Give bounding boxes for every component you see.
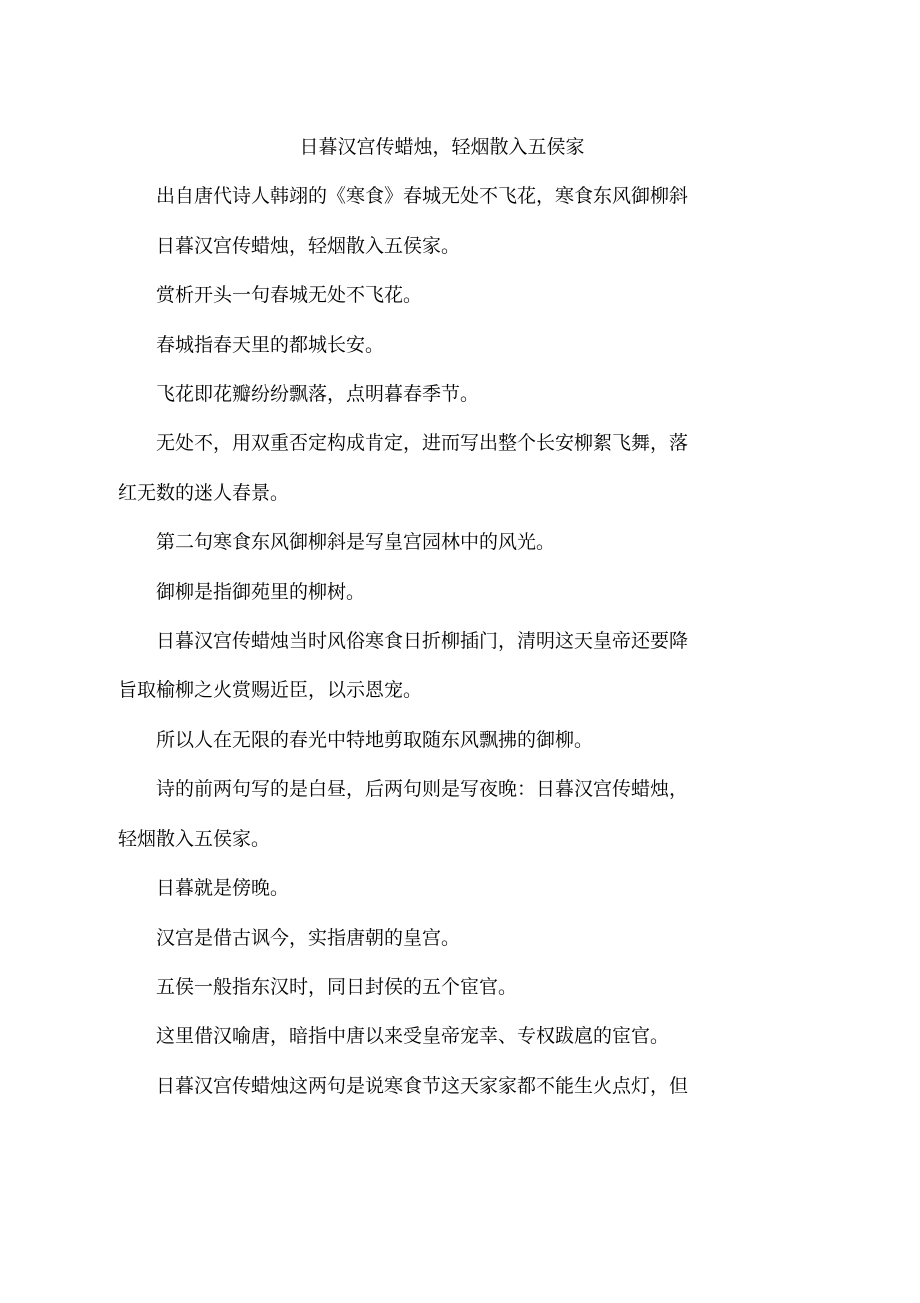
document-body: 出自唐代诗人韩翊的《寒食》春城无处不飞花，寒食东风御柳斜 日暮汉宫传蜡烛，轻烟散…	[118, 172, 694, 1111]
paragraph-analysis-intro: 赏析开头一句春城无处不飞花。	[118, 271, 694, 320]
paragraph: 第二句寒食东风御柳斜是写皇宫园林中的风光。	[118, 518, 694, 567]
paragraph: 御柳是指御苑里的柳树。	[118, 568, 694, 617]
paragraph: 无处不，用双重否定构成肯定，进而写出整个长安柳絮飞舞，落红无数的迷人春景。	[118, 419, 694, 518]
paragraph: 这里借汉喻唐，暗指中唐以来受皇帝宠幸、专权跋扈的宦官。	[118, 1012, 694, 1061]
paragraph: 春城指春天里的都城长安。	[118, 321, 694, 370]
paragraph: 飞花即花瓣纷纷飘落，点明暮春季节。	[118, 370, 694, 419]
paragraph: 日暮汉宫传蜡烛当时风俗寒食日折柳插门，清明这天皇帝还要降旨取榆柳之火赏赐近臣，以…	[118, 617, 694, 716]
paragraph-poem-line: 日暮汉宫传蜡烛，轻烟散入五侯家。	[118, 222, 694, 271]
paragraph: 汉宫是借古讽今，实指唐朝的皇宫。	[118, 914, 694, 963]
paragraph-truncated-line: 日暮汉宫传蜡烛这两句是说寒食节这天家家都不能生火点灯，但	[118, 1062, 694, 1111]
document-page: 日暮汉宫传蜡烛，轻烟散入五侯家 出自唐代诗人韩翊的《寒食》春城无处不飞花，寒食东…	[0, 0, 920, 1303]
document-title: 日暮汉宫传蜡烛，轻烟散入五侯家	[0, 123, 884, 172]
paragraph: 诗的前两句写的是白昼，后两句则是写夜晚：日暮汉宫传蜡烛，轻烟散入五侯家。	[118, 765, 694, 864]
paragraph: 五侯一般指东汉时，同日封侯的五个宦官。	[118, 963, 694, 1012]
paragraph: 所以人在无限的春光中特地剪取随东风飘拂的御柳。	[118, 716, 694, 765]
paragraph-source-line: 出自唐代诗人韩翊的《寒食》春城无处不飞花，寒食东风御柳斜	[118, 172, 694, 221]
paragraph: 日暮就是傍晚。	[118, 864, 694, 913]
